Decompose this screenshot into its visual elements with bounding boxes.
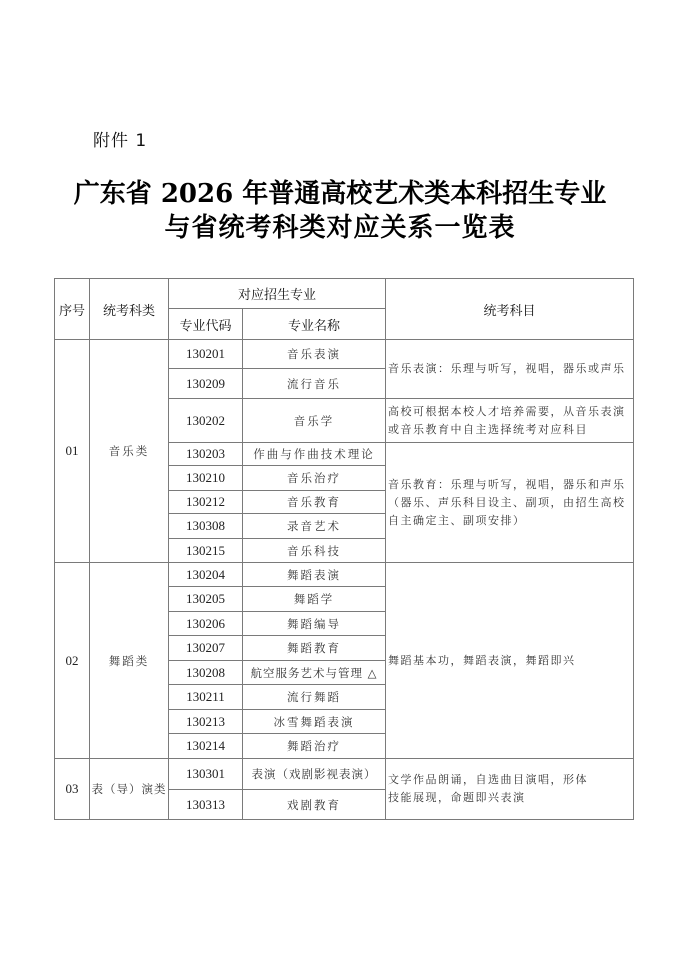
document-title-line1: 广东省 2026 年普通高校艺术类本科招生专业 [0, 178, 680, 211]
major-name: 舞蹈表演 [243, 563, 386, 587]
header-category: 统考科类 [90, 279, 169, 340]
major-name: 舞蹈教育 [243, 636, 386, 661]
major-code: 130204 [169, 563, 243, 587]
group-seq: 02 [55, 563, 90, 759]
major-name: 冰雪舞蹈表演 [243, 710, 386, 734]
subjects-cell: 音乐教育：乐理与听写，视唱，器乐和声乐（器乐、声乐科目设主、副项，由招生高校自主… [386, 443, 634, 563]
major-name: 作曲与作曲技术理论 [243, 443, 386, 466]
header-row: 序号 统考科类 对应招生专业 统考科目 [55, 279, 634, 309]
major-code: 130214 [169, 734, 243, 759]
major-name: 舞蹈治疗 [243, 734, 386, 759]
group-category: 舞蹈类 [90, 563, 169, 759]
header-code: 专业代码 [169, 309, 243, 340]
major-name: 舞蹈编导 [243, 612, 386, 636]
major-name: 录音艺术 [243, 514, 386, 539]
major-code: 130203 [169, 443, 243, 466]
major-code: 130208 [169, 661, 243, 685]
group-category: 音乐类 [90, 340, 169, 563]
major-name: 音乐科技 [243, 539, 386, 563]
document-title-line2: 与省统考科类对应关系一览表 [0, 212, 680, 245]
header-name: 专业名称 [243, 309, 386, 340]
major-name: 戏剧教育 [243, 790, 386, 820]
table-row: 01 音乐类 130201 音乐表演 音乐表演：乐理与听写，视唱，器乐或声乐 [55, 340, 634, 369]
major-code: 130210 [169, 466, 243, 491]
table-row: 02 舞蹈类 130204 舞蹈表演 舞蹈基本功，舞蹈表演，舞蹈即兴 [55, 563, 634, 587]
group-category: 表（导）演类 [90, 759, 169, 820]
header-seq: 序号 [55, 279, 90, 340]
major-code: 130209 [169, 369, 243, 399]
group-seq: 03 [55, 759, 90, 820]
major-code: 130212 [169, 491, 243, 514]
major-code: 130213 [169, 710, 243, 734]
major-name: 航空服务艺术与管理 △ [243, 661, 386, 685]
major-name: 音乐表演 [243, 340, 386, 369]
major-name: 音乐教育 [243, 491, 386, 514]
attachment-label: 附件 1 [93, 126, 147, 151]
header-subjects: 统考科目 [386, 279, 634, 340]
major-name: 表演（戏剧影视表演） [243, 759, 386, 790]
major-code: 130308 [169, 514, 243, 539]
major-code: 130202 [169, 399, 243, 443]
header-majors-group: 对应招生专业 [169, 279, 386, 309]
major-code: 130201 [169, 340, 243, 369]
major-name: 音乐治疗 [243, 466, 386, 491]
subjects-cell: 文学作品朗诵，自选曲目演唱，形体技能展现，命题即兴表演 [386, 759, 634, 820]
major-name: 流行舞蹈 [243, 685, 386, 710]
major-name: 流行音乐 [243, 369, 386, 399]
subjects-cell: 高校可根据本校人才培养需要，从音乐表演或音乐教育中自主选择统考对应科目 [386, 399, 634, 443]
major-code: 130215 [169, 539, 243, 563]
major-name: 音乐学 [243, 399, 386, 443]
major-code: 130205 [169, 587, 243, 612]
major-code: 130313 [169, 790, 243, 820]
subjects-cell: 音乐表演：乐理与听写，视唱，器乐或声乐 [386, 340, 634, 399]
major-code: 130207 [169, 636, 243, 661]
subjects-cell: 舞蹈基本功，舞蹈表演，舞蹈即兴 [386, 563, 634, 759]
major-name: 舞蹈学 [243, 587, 386, 612]
major-code: 130211 [169, 685, 243, 710]
major-code: 130206 [169, 612, 243, 636]
correspondence-table: 序号 统考科类 对应招生专业 统考科目 专业代码 专业名称 01 音乐类 130… [54, 278, 634, 820]
major-code: 130301 [169, 759, 243, 790]
table-row: 03 表（导）演类 130301 表演（戏剧影视表演） 文学作品朗诵，自选曲目演… [55, 759, 634, 790]
group-seq: 01 [55, 340, 90, 563]
